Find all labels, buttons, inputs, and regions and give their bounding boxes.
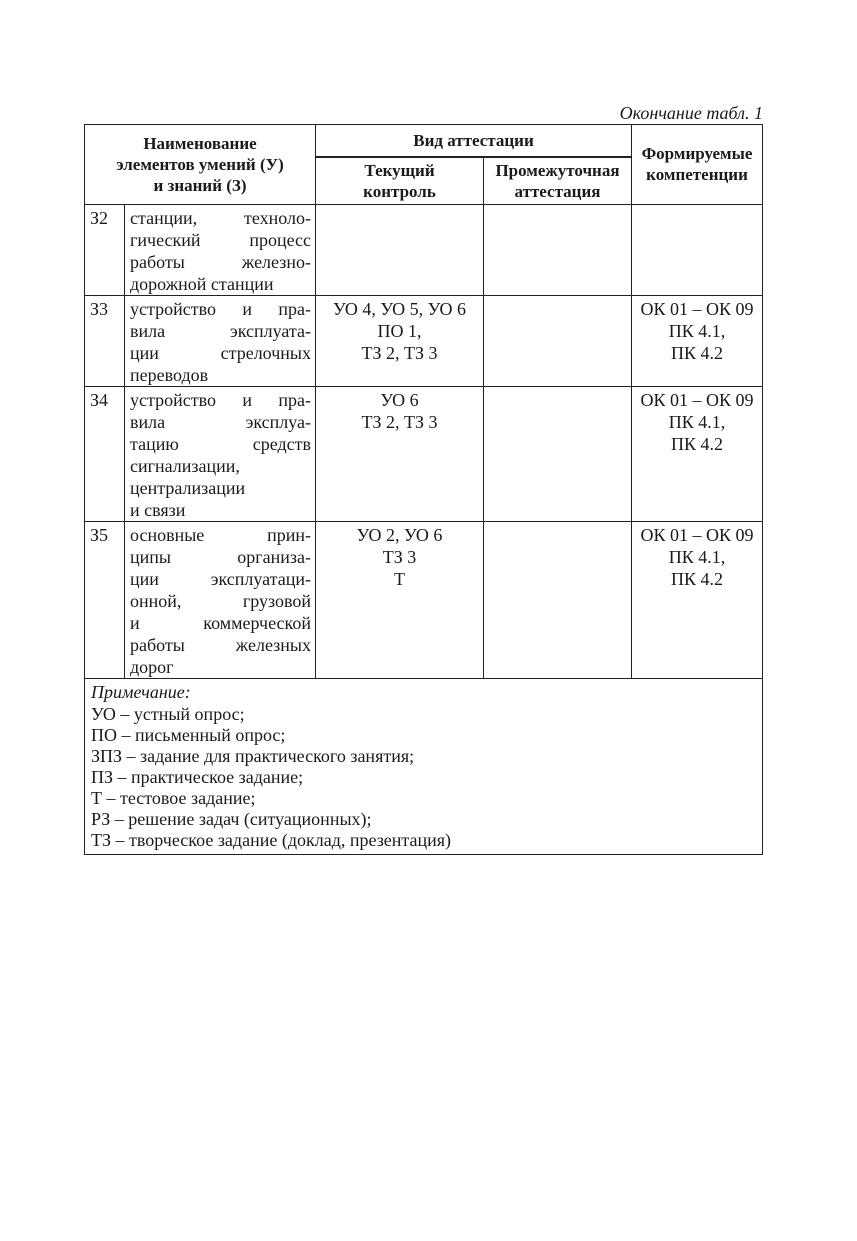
current-control-line: ТЗ 2, ТЗ 3: [316, 342, 483, 364]
competencies-line: ПК 4.1,: [632, 320, 762, 342]
name-line: ции эксплуатаци-: [130, 568, 311, 590]
header-skill-elements: Наименование элементов умений (У) и знан…: [85, 125, 316, 205]
skill-element-name: устройство и пра-вила эксплуа-тацию сред…: [125, 386, 316, 521]
header-line: Текущий: [316, 160, 483, 181]
name-line: дорожной станции: [130, 273, 311, 295]
competencies-line: ПК 4.1,: [632, 411, 762, 433]
current-control-line: ТЗ 3: [316, 546, 483, 568]
name-line: вила эксплуа-: [130, 411, 311, 433]
name-line: устройство и пра-: [130, 389, 311, 411]
name-line: работы железно-: [130, 251, 311, 273]
interim-attestation: [484, 521, 632, 678]
interim-attestation: [484, 204, 632, 295]
header-interim-attestation: Промежуточная аттестация: [484, 157, 632, 204]
note-cell: Примечание: УО – устный опрос;ПО – письм…: [85, 678, 763, 854]
header-line: аттестация: [484, 181, 631, 202]
header-current-control: Текущий контроль: [316, 157, 484, 204]
current-control-line: УО 4, УО 5, УО 6: [316, 298, 483, 320]
name-line: ции стрелочных: [130, 342, 311, 364]
skill-element-name: устройство и пра-вила эксплуата-ции стре…: [125, 295, 316, 386]
competencies-line: ОК 01 – ОК 09: [632, 298, 762, 320]
header-competencies: Формируемые компетенции: [632, 125, 763, 205]
competencies: ОК 01 – ОК 09ПК 4.1,ПК 4.2: [632, 521, 763, 678]
current-control: УО 2, УО 6ТЗ 3Т: [316, 521, 484, 678]
table-row: З4устройство и пра-вила эксплуа-тацию ср…: [85, 386, 763, 521]
header-line: контроль: [316, 181, 483, 202]
note-line: УО – устный опрос;: [91, 704, 756, 725]
header-row-top: Наименование элементов умений (У) и знан…: [85, 125, 763, 158]
name-line: вила эксплуата-: [130, 320, 311, 342]
name-line: тацию средств: [130, 433, 311, 455]
assessment-table: Наименование элементов умений (У) и знан…: [84, 124, 763, 855]
name-line: централизации: [130, 477, 311, 499]
skill-element-name: основные прин-ципы организа-ции эксплуат…: [125, 521, 316, 678]
current-control: УО 4, УО 5, УО 6ПО 1,ТЗ 2, ТЗ 3: [316, 295, 484, 386]
current-control-line: УО 2, УО 6: [316, 524, 483, 546]
current-control-line: УО 6: [316, 389, 483, 411]
name-line: сигнализации,: [130, 455, 311, 477]
competencies: ОК 01 – ОК 09ПК 4.1,ПК 4.2: [632, 386, 763, 521]
note-line: ТЗ – творческое задание (доклад, презент…: [91, 830, 756, 851]
competencies-line: ПК 4.2: [632, 433, 762, 455]
name-line: основные прин-: [130, 524, 311, 546]
name-line: дорог: [130, 656, 311, 678]
row-number: З4: [85, 386, 125, 521]
note-row: Примечание: УО – устный опрос;ПО – письм…: [85, 678, 763, 854]
competencies-line: ОК 01 – ОК 09: [632, 524, 762, 546]
header-line: Промежуточная: [484, 160, 631, 181]
note-line: Т – тестовое задание;: [91, 788, 756, 809]
table-row: З5основные прин-ципы организа-ции эксплу…: [85, 521, 763, 678]
header-line: Формируемые: [632, 143, 762, 164]
name-line: гический процесс: [130, 229, 311, 251]
header-line: и знаний (З): [85, 175, 315, 196]
interim-attestation: [484, 295, 632, 386]
name-line: ципы организа-: [130, 546, 311, 568]
competencies-line: ОК 01 – ОК 09: [632, 389, 762, 411]
name-line: переводов: [130, 364, 311, 386]
current-control: УО 6ТЗ 2, ТЗ 3: [316, 386, 484, 521]
current-control-line: ПО 1,: [316, 320, 483, 342]
competencies-line: ПК 4.2: [632, 342, 762, 364]
name-line: работы железных: [130, 634, 311, 656]
current-control-line: ТЗ 2, ТЗ 3: [316, 411, 483, 433]
name-line: станции, техноло-: [130, 207, 311, 229]
current-control-line: Т: [316, 568, 483, 590]
note-line: ЗПЗ – задание для практического занятия;: [91, 746, 756, 767]
competencies-line: ПК 4.1,: [632, 546, 762, 568]
row-number: З2: [85, 204, 125, 295]
row-number: З5: [85, 521, 125, 678]
header-line: элементов умений (У): [85, 154, 315, 175]
header-line: компетенции: [632, 164, 762, 185]
note-line: РЗ – решение задач (ситуационных);: [91, 809, 756, 830]
name-line: устройство и пра-: [130, 298, 311, 320]
interim-attestation: [484, 386, 632, 521]
name-line: онной, грузовой: [130, 590, 311, 612]
row-number: З3: [85, 295, 125, 386]
header-attestation-type: Вид аттестации: [316, 125, 632, 158]
table-row: З3устройство и пра-вила эксплуата-ции ст…: [85, 295, 763, 386]
competencies: [632, 204, 763, 295]
table-caption: Окончание табл. 1: [620, 103, 763, 124]
note-line: ПЗ – практическое задание;: [91, 767, 756, 788]
competencies: ОК 01 – ОК 09ПК 4.1,ПК 4.2: [632, 295, 763, 386]
header-line: Наименование: [85, 133, 315, 154]
table-row: З2станции, техноло-гический процессработ…: [85, 204, 763, 295]
skill-element-name: станции, техноло-гический процессработы …: [125, 204, 316, 295]
note-title: Примечание:: [91, 682, 756, 703]
note-line: ПО – письменный опрос;: [91, 725, 756, 746]
name-line: и коммерческой: [130, 612, 311, 634]
competencies-line: ПК 4.2: [632, 568, 762, 590]
name-line: и связи: [130, 499, 311, 521]
note-lines: УО – устный опрос;ПО – письменный опрос;…: [91, 704, 756, 851]
current-control: [316, 204, 484, 295]
